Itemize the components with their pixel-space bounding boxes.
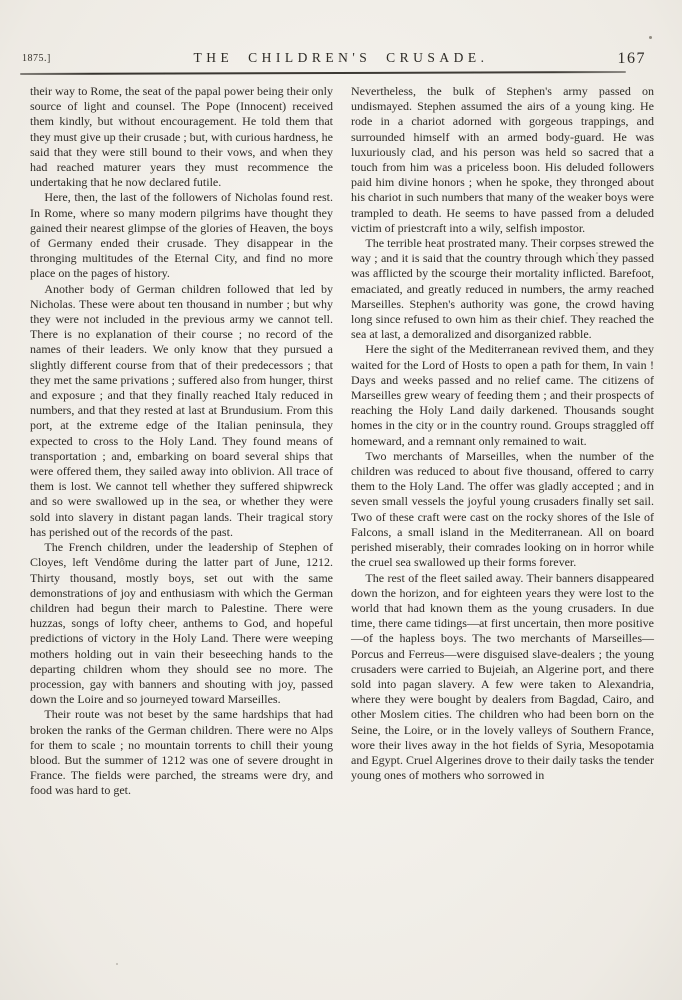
scan-speck [520,471,522,473]
paragraph: their way to Rome, the seat of the papal… [30,84,333,190]
header-rule [20,71,626,74]
paragraph: Here, then, the last of the followers of… [30,190,333,281]
scan-speck [649,36,652,39]
page-title: THE CHILDREN'S CRUSADE. [22,50,660,66]
paragraph: The terrible heat prostrated many. Their… [351,236,654,342]
paragraph: Their route was not beset by the same ha… [30,707,333,798]
paragraph: Two merchants of Marseilles, when the nu… [351,449,654,571]
running-header: 1875.] THE CHILDREN'S CRUSADE. 167 [22,40,660,66]
right-column: Nevertheless, the bulk of Stephen's army… [351,84,654,799]
scanned-book-page: 1875.] THE CHILDREN'S CRUSADE. 167 their… [0,0,682,1000]
text-columns: their way to Rome, the seat of the papal… [30,84,654,799]
paragraph: Another body of German children followed… [30,282,333,540]
paragraph: Nevertheless, the bulk of Stephen's army… [351,84,654,236]
paragraph: The rest of the fleet sailed away. Their… [351,571,654,784]
scan-speck [596,252,598,254]
scan-speck [116,963,118,965]
paragraph: The French children, under the leadershi… [30,540,333,707]
paragraph: Here the sight of the Mediterranean revi… [351,342,654,448]
left-column: their way to Rome, the seat of the papal… [30,84,333,799]
page-number: 167 [618,50,647,68]
